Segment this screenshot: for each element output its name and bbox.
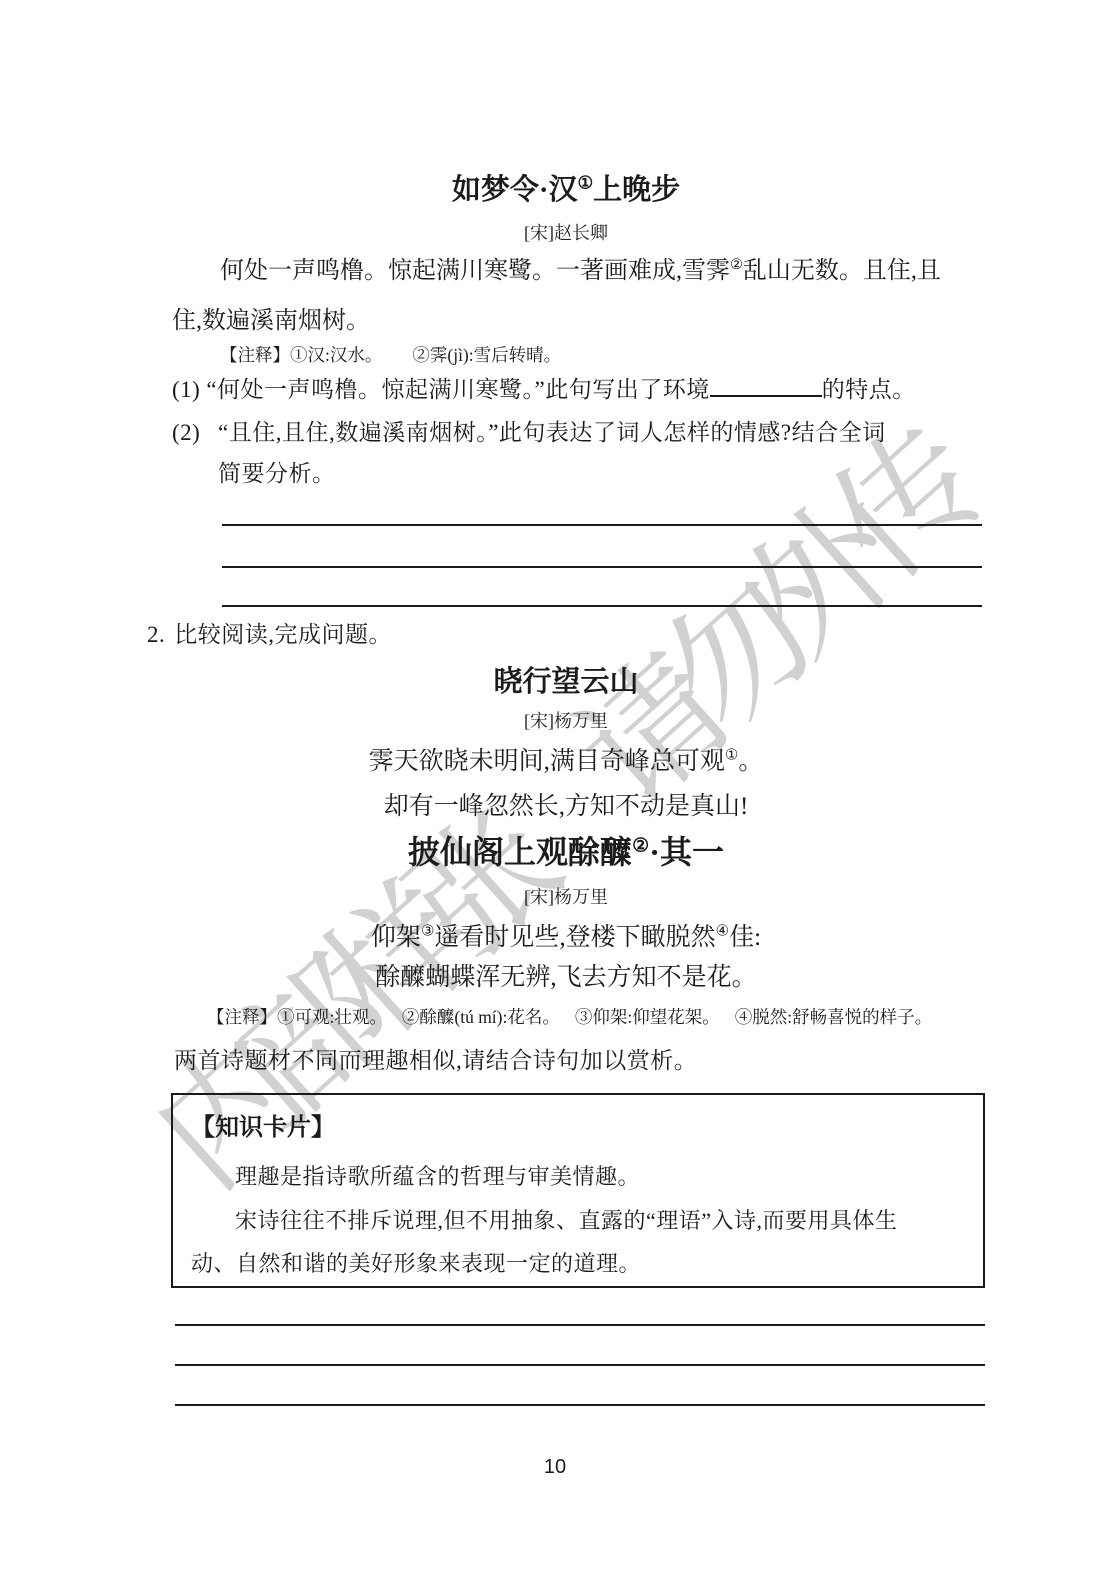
poem2-author: [宋]杨万里 bbox=[147, 708, 985, 734]
footnote-mark-2: ② bbox=[730, 257, 743, 273]
notes-label-2: 【注释】 bbox=[207, 1007, 277, 1027]
poem1-author: [宋]赵长卿 bbox=[147, 220, 985, 246]
poem3-author: [宋]杨万里 bbox=[147, 884, 985, 910]
poem3-line1-c: 佳: bbox=[729, 924, 761, 951]
question-2: (2)“且住,且住,数遍溪南烟树。”此句表达了词人怎样的情感?结合全词简要分析。 bbox=[172, 412, 1031, 494]
poem3-title: 披仙阁上观酴醾②·其一 bbox=[147, 830, 985, 874]
poem2-line1-a: 霁天欲晓未明间,满目奇峰总可观 bbox=[369, 748, 725, 775]
knowledge-card-paragraph-2: 宋诗往往不排斥说理,但不用抽象、直露的“理语”入诗,而要用具体生动、自然和谐的美… bbox=[191, 1199, 965, 1285]
poem2-line2: 却有一峰忽然长,方知不动是真山! bbox=[147, 787, 985, 827]
knowledge-card-p2-line2: 动、自然和谐的美好形象来表现一定的道理。 bbox=[191, 1251, 641, 1276]
answer-line bbox=[222, 566, 982, 568]
note-item-4: ④脱然:舒畅喜悦的样子。 bbox=[735, 1007, 932, 1027]
answer-line bbox=[222, 605, 982, 607]
poem1-title-text-a: 如梦令·汉 bbox=[452, 174, 578, 206]
poem3-line1-a: 仰架 bbox=[371, 924, 421, 951]
poem2-title: 晓行望云山 bbox=[147, 662, 985, 702]
poem3-title-text-a: 披仙阁上观酴醾 bbox=[408, 834, 632, 870]
page-number: 10 bbox=[0, 1452, 1110, 1482]
question-1-text-before: “何处一声鸣橹。惊起满川寒鹭。”此句写出了环境 bbox=[206, 377, 709, 402]
footnote-mark-4: ② bbox=[632, 835, 649, 856]
workbook-page: 内部样张 请勿外传 如梦令·汉①上晚步 [宋]赵长卿 何处一声鸣橹。惊起满川寒鹭… bbox=[0, 0, 1110, 1571]
note-item-3: ③仰架:仰望花架。 bbox=[575, 1007, 720, 1027]
footnote-mark-3: ① bbox=[725, 748, 738, 764]
knowledge-card-title: 【知识卡片】 bbox=[191, 1113, 983, 1143]
poem3-line1: 仰架③遥看时见些,登楼下瞰脱然④佳: bbox=[147, 918, 985, 958]
task-2-number: 2. bbox=[147, 622, 165, 647]
question-1-number: (1) bbox=[172, 377, 200, 402]
question-1: (1)“何处一声鸣橹。惊起满川寒鹭。”此句写出了环境的特点。 bbox=[172, 370, 995, 410]
footnote-mark-1: ① bbox=[578, 172, 594, 192]
knowledge-card-paragraph-1: 理趣是指诗歌所蕴含的哲理与审美情趣。 bbox=[191, 1157, 965, 1197]
compare-question: 两首诗题材不同而理趣相似,请结合诗句加以赏析。 bbox=[174, 1044, 697, 1078]
note-item-1: ①汉:汉水。 bbox=[290, 345, 382, 365]
fill-in-blank bbox=[710, 372, 822, 397]
answer-line bbox=[175, 1364, 985, 1366]
knowledge-card: 【知识卡片】 理趣是指诗歌所蕴含的哲理与审美情趣。 宋诗往往不排斥说理,但不用抽… bbox=[171, 1093, 985, 1288]
note-item-2: ②霁(jì):雪后转晴。 bbox=[412, 345, 561, 365]
poem3-line2: 酴醾蝴蝶浑无辨,飞去方知不是花。 bbox=[147, 958, 985, 998]
question-2-line2: 简要分析。 bbox=[218, 461, 336, 486]
answer-line bbox=[175, 1324, 985, 1326]
poem1-line1-b: 乱山无数。且住,且 bbox=[743, 258, 941, 284]
poem3-title-text-b: ·其一 bbox=[649, 834, 724, 870]
task-2-heading: 2.比较阅读,完成问题。 bbox=[147, 618, 392, 652]
footnote-mark-6: ④ bbox=[716, 924, 729, 940]
footnote-mark-5: ③ bbox=[421, 924, 434, 940]
note-item-1: ①可观:壮观。 bbox=[277, 1007, 387, 1027]
question-1-text-after: 的特点。 bbox=[822, 377, 916, 402]
poem1-line1-a: 何处一声鸣橹。惊起满川寒鹭。一著画难成,雪霁 bbox=[220, 258, 730, 284]
task-2-text: 比较阅读,完成问题。 bbox=[174, 622, 392, 647]
knowledge-card-p2-line1: 宋诗往往不排斥说理,但不用抽象、直露的“理语”入诗,而要用具体生 bbox=[235, 1208, 898, 1233]
answer-line bbox=[222, 524, 982, 526]
poem2-line1: 霁天欲晓未明间,满目奇峰总可观①。 bbox=[147, 742, 985, 782]
poem1-notes: 【注释】①汉:汉水。②霁(jì):雪后转晴。 bbox=[220, 340, 576, 370]
poem2-line1-b: 。 bbox=[738, 748, 763, 775]
notes-label: 【注释】 bbox=[220, 345, 290, 365]
poem3-line1-b: 遥看时见些,登楼下瞰脱然 bbox=[434, 924, 715, 951]
poem3-notes: 【注释】①可观:壮观。②酴醾(tú mí):花名。③仰架:仰望花架。④脱然:舒畅… bbox=[207, 1002, 932, 1032]
answer-line bbox=[175, 1404, 985, 1406]
question-2-number: (2) bbox=[172, 412, 200, 453]
poem1-title-text-b: 上晚步 bbox=[593, 174, 680, 206]
poem1-title: 如梦令·汉①上晚步 bbox=[147, 168, 985, 212]
poem1-line2: 住,数遍溪南烟树。 bbox=[172, 308, 370, 334]
question-2-line1: “且住,且住,数遍溪南烟树。”此句表达了词人怎样的情感?结合全词 bbox=[218, 420, 886, 445]
note-item-2: ②酴醾(tú mí):花名。 bbox=[402, 1007, 560, 1027]
poem1-body: 何处一声鸣橹。惊起满川寒鹭。一著画难成,雪霁②乱山无数。且住,且住,数遍溪南烟树… bbox=[172, 246, 985, 346]
